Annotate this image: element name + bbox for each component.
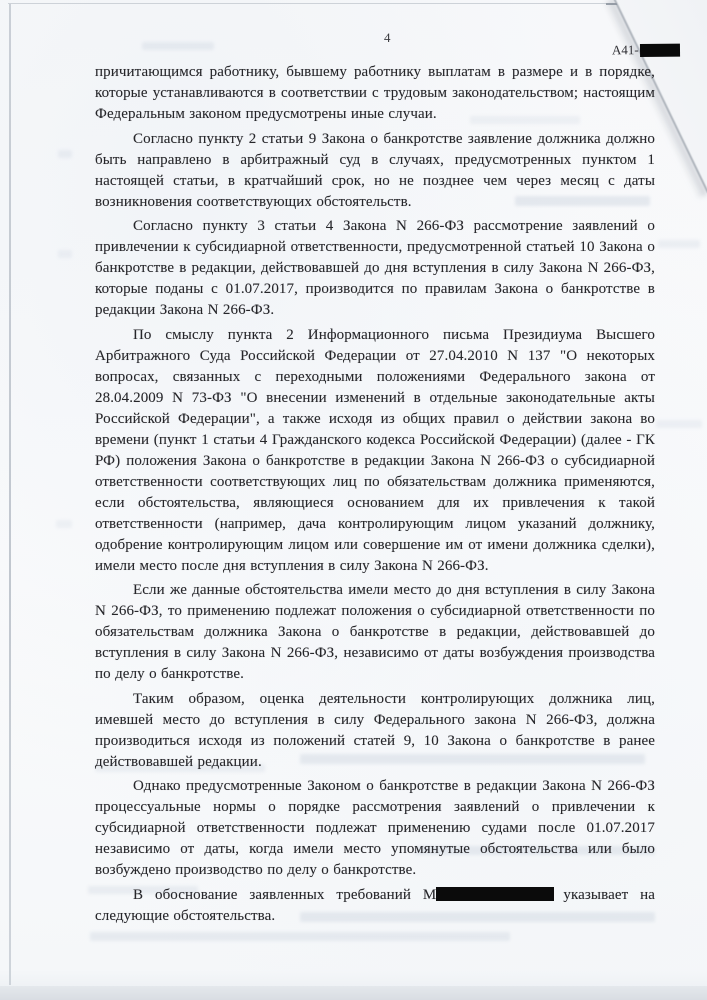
paragraph: причитающимся работнику, бывшему работни…: [95, 62, 655, 125]
bleed-through-mark: [656, 420, 702, 428]
paragraph: Согласно пункту 2 статьи 9 Закона о банк…: [95, 129, 655, 213]
bleed-through-mark: [58, 150, 72, 158]
name-redaction-box: [436, 887, 554, 901]
case-number-label: А41-: [612, 42, 639, 58]
paragraph: Таким образом, оценка деятельности контр…: [95, 689, 655, 773]
paragraph: По смыслу пункта 2 Информационного письм…: [95, 325, 655, 577]
bleed-through-mark: [58, 250, 72, 258]
document-body: причитающимся работнику, бывшему работни…: [95, 62, 655, 930]
bleed-through-mark: [56, 520, 72, 528]
paragraph: Согласно пункту 3 статьи 4 Закона N 266-…: [95, 216, 655, 321]
paragraph-with-redaction: В обоснование заявленных требований Мука…: [95, 885, 655, 927]
scanned-page: 4 А41- причитающимся работнику, бывшему …: [0, 0, 707, 1000]
case-number: А41-: [612, 42, 680, 59]
bleed-through-mark: [90, 932, 510, 941]
paragraph: Если же данные обстоятельства имели мест…: [95, 580, 655, 685]
page-top-edge: [8, 3, 648, 4]
page-number: 4: [384, 30, 391, 46]
bleed-through-mark: [658, 240, 700, 248]
paragraph: Однако предусмотренные Законом о банкрот…: [95, 776, 655, 881]
case-number-redaction-box: [640, 43, 680, 56]
bleed-through-mark: [142, 42, 214, 50]
paragraph-text-before-redaction: В обоснование заявленных требований М: [133, 887, 436, 903]
page-left-edge: [9, 4, 11, 985]
page-bottom-edge: [0, 986, 707, 1000]
